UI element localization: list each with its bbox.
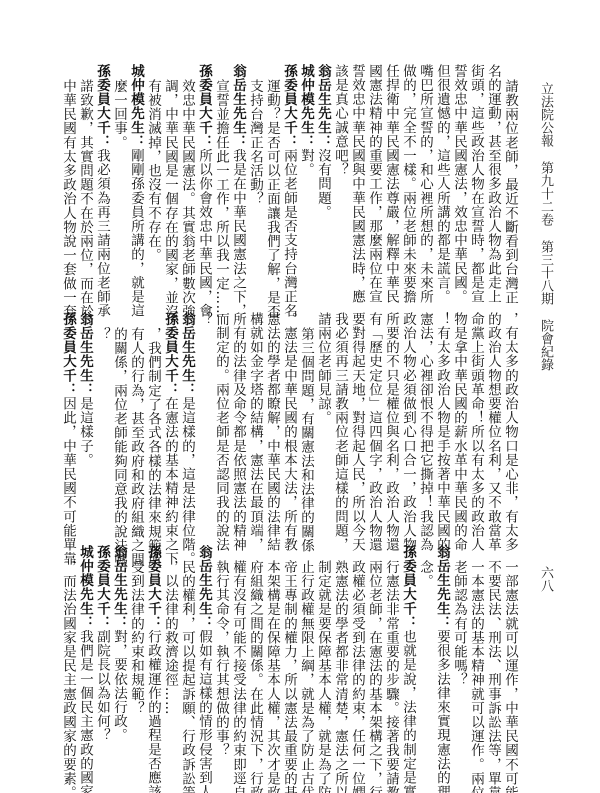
line-text: 剛剛孫委員所講的，就是這 — [128, 149, 144, 318]
speaker-line: 翁岳生先生：我是在中華民國憲法之下， — [229, 64, 246, 296]
line-text: 也就是說，法律的制定是實 — [400, 630, 416, 793]
running-header: 立法院公報第九十二卷第三十八期院會紀錄 — [538, 82, 552, 371]
text-line: ？ — [93, 312, 110, 544]
line-text: 政權必須受到法律的約束，任何一位嫻 — [349, 560, 365, 793]
line-text: 我們是一個民主憲政的國家 — [77, 630, 93, 793]
text-line: 中華民國有太多政治人物說一套做一套 — [59, 64, 76, 296]
text-line: 請教兩位老師，最近不斷看到台灣正 — [501, 64, 518, 296]
speaker-line: 孫委員大千：因此，中華民國不可能單靠 — [59, 312, 76, 544]
speaker-line: 翁岳生先生：是這樣的，這是法律位階。 — [178, 312, 195, 544]
speaker-line: 翁岳生先生：沒有問題。 — [314, 64, 331, 296]
speaker-name: 翁岳生先生： — [196, 545, 212, 630]
line-text: 政治人物必須做到心口合一，政治人物 — [400, 312, 416, 552]
text-line: 誓效忠中華民國憲法，效忠中華民國。 — [450, 64, 467, 296]
line-text: 執行其命令，執行其想做的事？ — [213, 560, 229, 757]
volume-label: 第九十二卷 — [538, 161, 553, 226]
text-line: ，而法治國家是民主憲政國家的要素。 — [59, 545, 76, 777]
line-text: 街頭，這些政治人物在宣誓時，都是宣 — [468, 64, 484, 304]
speaker-name: 孫委員大千： — [94, 545, 110, 630]
text-line: 構就如金字塔的結構，憲法在最頂端， — [246, 312, 263, 544]
speaker-name: 孫委員大千： — [60, 312, 76, 397]
line-text: 任捍衛中華民國憲法尊嚴，解釋中華民 — [383, 64, 399, 304]
text-line: 止行政權無限上綱，就是為了防止古代 — [297, 545, 314, 777]
speaker-line: 城仲模先生：剛剛孫委員所講的，就是這 — [127, 64, 144, 296]
line-text: 憲法，心裡卻恨不得把它撕掉！我認為 — [417, 312, 433, 552]
text-line: 支持台灣正名活動？ — [246, 64, 263, 296]
text-line: 憲法的學者都瞭解，中華民國的法律結 — [263, 312, 280, 544]
line-text: 念。 — [417, 560, 433, 588]
line-text: 憲法的學者都瞭解，中華民國的法律結 — [264, 312, 280, 552]
line-text: ，我們制定了各式各樣的法律來規範所 — [145, 327, 161, 567]
line-text: ，有太多的政治人物口是心非，有太多 — [502, 312, 518, 552]
speaker-line: 翁岳生先生：是這樣子。 — [76, 312, 93, 544]
text-line: 效忠中華民國憲法。其實翁老師數次強 — [178, 64, 195, 296]
text-line: 我必須再三請教兩位老師這樣的問題， — [331, 312, 348, 544]
line-text: 是這樣子。 — [77, 397, 93, 468]
issue-label: 第三十八期 — [538, 240, 553, 305]
text-line: 麼一回事。 — [110, 64, 127, 296]
line-text: 有人的行為，甚至政府和政府組織之間 — [128, 327, 144, 567]
text-line: 老師認為有可能嗎？ — [450, 545, 467, 777]
line-text: 國憲法精神的重要工作，那麼兩位在宣 — [366, 64, 382, 304]
line-text: 誓效忠中華民國與中華民國憲法時，應 — [349, 64, 365, 304]
line-text: 一本憲法的基本精神就可以運作。兩位 — [468, 560, 484, 793]
text-line: 任捍衛中華民國憲法尊嚴，解釋中華民 — [382, 64, 399, 296]
gazette-page: 立法院公報第九十二卷第三十八期院會紀錄 六八 請教兩位老師，最近不斷看到台灣正名… — [0, 0, 600, 793]
text-line: 念。 — [416, 545, 433, 777]
text-tier-top: 請教兩位老師，最近不斷看到台灣正名的運動，甚至很多政治人物為此走上街頭，這些政治… — [59, 64, 518, 296]
text-line: ，以法律的救濟途徑…… — [161, 545, 178, 777]
line-text: 第三個問題，有關憲法和法律的關係 — [298, 327, 314, 553]
line-text: 熟憲法的學者都非常清楚，憲法之所以 — [332, 560, 348, 793]
text-line: 本架構是在保障基本人權，其次才是政 — [263, 545, 280, 777]
text-line: 有被消滅掉，也沒有不存在。 — [144, 64, 161, 296]
text-line: 街頭，這些政治人物在宣誓時，都是宣 — [467, 64, 484, 296]
speaker-line: 孫委員大千：在憲法的基本精神約束之下 — [161, 312, 178, 544]
text-line: 誓效忠中華民國與中華民國憲法時，應 — [348, 64, 365, 296]
line-text: 本架構是在保障基本人權，其次才是政 — [264, 560, 280, 793]
line-text: 中華民國有太多政治人物說一套做一套 — [60, 79, 76, 319]
line-text: 嘴巴所宣誓的，和心裡所想的，未來所 — [417, 64, 433, 304]
line-text: 所有的法律及命令都是依照憲法的精神 — [230, 312, 246, 552]
line-text: 假如有這樣的情形侵害到人 — [196, 630, 212, 793]
text-line: 有人的行為，甚至政府和政府組織之間 — [127, 312, 144, 544]
text-line: 所要的不只是權位與名利，政治人物還 — [382, 312, 399, 544]
publication-title: 立法院公報 — [538, 82, 553, 147]
speaker-name: 孫委員大千： — [145, 545, 161, 630]
line-text: 民的權利，可以提起訴願、行政訴訟等 — [179, 560, 195, 793]
speaker-name: 翁岳生先生： — [179, 312, 195, 397]
line-text: 構就如金字塔的結構，憲法在最頂端， — [247, 312, 263, 552]
speaker-line: 城仲模先生：我們是一個民主憲政的國家 — [76, 545, 93, 777]
line-text: 對，要依法行政。 — [111, 630, 127, 743]
line-text: 宣誓並擔任此一工作，所以我一定…… — [213, 79, 229, 319]
line-text: 物是拿中華民國的薪水革中華民國的命 — [451, 312, 467, 552]
text-line: ，有太多的政治人物口是心非，有太多 — [501, 312, 518, 544]
line-text: 而制定的。兩位老師是否認同我的說法 — [213, 312, 229, 552]
line-text: 有「歷史定位」這四個字，政治人物還 — [366, 312, 382, 552]
speaker-line: 孫委員大千：所以你會效忠中華民國，會 — [195, 64, 212, 296]
speaker-name: 孫委員大千： — [196, 64, 212, 149]
text-line: 憲法，心裡卻恨不得把它撕掉！我認為 — [416, 312, 433, 544]
line-text: 所要的不只是權位與名利，政治人物還 — [383, 312, 399, 552]
line-text: ？ — [196, 312, 212, 326]
line-text: 命黨上街頭革命！所以有太多的政治人 — [468, 312, 484, 552]
speaker-name: 翁岳生先生： — [434, 545, 450, 630]
text-line: 宣誓並擔任此一工作，所以我一定…… — [212, 64, 229, 296]
text-tier-middle: ，有太多的政治人物口是心非，有太多的政治人物想要權位名利，又不敢當革命黨上街頭革… — [59, 312, 518, 544]
text-line: 行憲法非常重要的步驟。接著我要請教 — [382, 545, 399, 777]
speaker-line: 翁岳生先生：要很多法律來實現憲法的理 — [433, 545, 450, 777]
text-line: 而制定的。兩位老師是否認同我的說法 — [212, 312, 229, 544]
speaker-name: 城仲模先生： — [77, 545, 93, 630]
text-line: 要對得起天地，對得起人民，所以今天 — [348, 312, 365, 544]
line-text: 該是真心誠意吧？ — [332, 64, 348, 177]
line-text: 在憲法的基本精神約束之下 — [162, 397, 178, 566]
line-text: 受到法律的約束和規範？ — [128, 560, 144, 715]
line-text: 名的運動，甚至很多政治人物為此走上 — [485, 64, 501, 304]
line-text: ，以法律的救濟途徑…… — [162, 560, 178, 715]
line-text: ！有太多政治人物是手按著中華民國的 — [434, 312, 450, 552]
text-line: 不要民法、刑法、刑事訴訟法等，單靠 — [484, 545, 501, 777]
line-text: 運動？是否可以正面讓我們了解，是否 — [264, 79, 280, 319]
text-line: 熟憲法的學者都非常清楚，憲法之所以 — [331, 545, 348, 777]
speaker-line: 孫委員大千：我必須為再三請兩位老師承 — [93, 64, 110, 296]
text-line: 民的權利，可以提起訴願、行政訴訟等 — [178, 545, 195, 777]
line-text: ，而法治國家是民主憲政國家的要素。 — [60, 560, 76, 793]
speaker-name: 翁岳生先生： — [111, 545, 127, 630]
line-text: 的關係，兩位老師能夠同意我的說法嗎 — [111, 327, 127, 567]
line-text: 請教兩位老師，最近不斷看到台灣正 — [502, 79, 518, 305]
text-line: 但很遺憾的，這些人所講的都是謊言。 — [433, 64, 450, 296]
text-line: 請兩位老師見諒。 — [314, 312, 331, 544]
line-text: 但很遺憾的，這些人所講的都是謊言。 — [434, 64, 450, 304]
line-text: 要很多法律來實現憲法的理 — [434, 630, 450, 793]
line-text: 一部憲法就可以運作，中華民國不可能 — [502, 560, 518, 793]
line-text: 老師認為有可能嗎？ — [451, 560, 467, 687]
line-text: 帝王專制的權力，所以憲法最重要的基 — [281, 560, 297, 793]
text-line: 。憲法是中華民國的根本大法，所有教 — [280, 312, 297, 544]
text-line: 帝王專制的權力，所以憲法最重要的基 — [280, 545, 297, 777]
line-text: 我必須為再三請兩位老師承 — [94, 149, 110, 318]
speaker-name: 孫委員大千： — [162, 312, 178, 397]
text-tier-bottom: 一部憲法就可以運作，中華民國不可能不要民法、刑法、刑事訴訟法等，單靠一本憲法的基… — [59, 545, 518, 777]
page-number: 六八 — [538, 566, 552, 592]
text-line: 一部憲法就可以運作，中華民國不可能 — [501, 545, 518, 777]
speaker-name: 翁岳生先生： — [77, 312, 93, 397]
line-text: 做的，完全不一樣。兩位老師未來要擔 — [400, 64, 416, 304]
text-line: 做的，完全不一樣。兩位老師未來要擔 — [399, 64, 416, 296]
text-line: 國憲法精神的重要工作，那麼兩位在宣 — [365, 64, 382, 296]
line-text: 我是在中華民國憲法之下， — [230, 149, 246, 318]
line-text: 制定就是要保障基本人權，就是為了防 — [315, 560, 331, 793]
text-line: 的關係，兩位老師能夠同意我的說法嗎 — [110, 312, 127, 544]
line-text: 效忠中華民國憲法。其實翁老師數次強 — [179, 79, 195, 319]
text-line: 受到法律的約束和規範？ — [127, 545, 144, 777]
text-line: 調，中華民國是一個存在的國家，並沒 — [161, 64, 178, 296]
text-line: 的政治人物想要權位名利，又不敢當革 — [484, 312, 501, 544]
line-text: 行政權運作的過程是否應該 — [145, 630, 161, 793]
line-text: 支持台灣正名活動？ — [247, 79, 263, 206]
line-text: 所以你會效忠中華民國，會 — [196, 149, 212, 318]
speaker-name: 孫委員大千： — [281, 64, 297, 149]
text-line: 權有沒有可能不接受法律的約束即逕自 — [229, 545, 246, 777]
speaker-name: 翁岳生先生： — [315, 64, 331, 149]
line-text: 的政治人物想要權位名利，又不敢當革 — [485, 312, 501, 552]
speaker-line: 孫委員大千：兩位老師是否支持台灣正名 — [280, 64, 297, 296]
line-text: 行憲法非常重要的步驟。接著我要請教 — [383, 560, 399, 793]
line-text: 諾致歉，其實問題不在於兩位，而在於 — [77, 79, 93, 319]
text-line: ！有太多政治人物是手按著中華民國的 — [433, 312, 450, 544]
text-line: 運動？是否可以正面讓我們了解，是否 — [263, 64, 280, 296]
text-line: ，我們制定了各式各樣的法律來規範所 — [144, 312, 161, 544]
text-line: 名的運動，甚至很多政治人物為此走上 — [484, 64, 501, 296]
text-line: 該是真心誠意吧？ — [331, 64, 348, 296]
line-text: 有被消滅掉，也沒有不存在。 — [145, 79, 161, 262]
line-text: 沒有問題。 — [315, 149, 331, 220]
text-line: 物是拿中華民國的薪水革中華民國的命 — [450, 312, 467, 544]
text-line: 政權必須受到法律的約束，任何一位嫻 — [348, 545, 365, 777]
line-text: 請兩位老師見諒。 — [315, 312, 331, 425]
text-line: 諾致歉，其實問題不在於兩位，而在於 — [76, 64, 93, 296]
line-text: 權有沒有可能不接受法律的約束即逕自 — [230, 560, 246, 793]
speaker-name: 孫委員大千： — [94, 64, 110, 149]
line-text: 是這樣的，這是法律位階。 — [179, 397, 195, 566]
speaker-name: 翁岳生先生： — [230, 64, 246, 149]
text-line: 制定就是要保障基本人權，就是為了防 — [314, 545, 331, 777]
line-text: 誓效忠中華民國憲法，效忠中華民國。 — [451, 64, 467, 304]
speaker-line: 孫委員大千：行政權運作的過程是否應該 — [144, 545, 161, 777]
speaker-line: 孫委員大千：也就是說，法律的制定是實 — [399, 545, 416, 777]
text-line: 命黨上街頭革命！所以有太多的政治人 — [467, 312, 484, 544]
speaker-name: 孫委員大千： — [400, 545, 416, 630]
text-line: 一本憲法的基本精神就可以運作。兩位 — [467, 545, 484, 777]
line-text: 兩位老師，在憲法的基本架構之下，行 — [366, 560, 382, 793]
line-text: 兩位老師是否支持台灣正名 — [281, 149, 297, 318]
text-line: 有「歷史定位」這四個字，政治人物還 — [365, 312, 382, 544]
line-text: 。憲法是中華民國的根本大法，所有教 — [281, 312, 297, 552]
line-text: 調，中華民國是一個存在的國家，並沒 — [162, 79, 178, 319]
speaker-line: 翁岳生先生：對，要依法行政。 — [110, 545, 127, 777]
text-line: 第三個問題，有關憲法和法律的關係 — [297, 312, 314, 544]
speaker-line: 城仲模先生：對。 — [297, 64, 314, 296]
line-text: ？ — [94, 327, 110, 341]
line-text: 府組織之間的關係。在此情況下，行政 — [247, 560, 263, 793]
text-line: 執行其命令，執行其想做的事？ — [212, 545, 229, 777]
text-line: ？ — [195, 312, 212, 544]
speaker-line: 翁岳生先生：假如有這樣的情形侵害到人 — [195, 545, 212, 777]
text-line: 兩位老師，在憲法的基本架構之下，行 — [365, 545, 382, 777]
text-line: 所有的法律及命令都是依照憲法的精神 — [229, 312, 246, 544]
line-text: 因此，中華民國不可能單靠 — [60, 397, 76, 566]
text-line: 府組織之間的關係。在此情況下，行政 — [246, 545, 263, 777]
speaker-line: 孫委員大千：副院長以為如何？ — [93, 545, 110, 777]
text-line: 政治人物必須做到心口合一，政治人物 — [399, 312, 416, 544]
line-text: 我必須再三請教兩位老師這樣的問題， — [332, 312, 348, 552]
line-text: 麼一回事。 — [111, 79, 127, 150]
speaker-name: 城仲模先生： — [298, 64, 314, 149]
line-text: 對。 — [298, 149, 314, 177]
line-text: 要對得起天地，對得起人民，所以今天 — [349, 312, 365, 552]
line-text: 不要民法、刑法、刑事訴訟法等，單靠 — [485, 560, 501, 793]
section-label: 院會紀錄 — [538, 319, 553, 371]
text-line: 嘴巴所宣誓的，和心裡所想的，未來所 — [416, 64, 433, 296]
line-text: 副院長以為如何？ — [94, 630, 110, 743]
line-text: 止行政權無限上綱，就是為了防止古代 — [298, 560, 314, 793]
speaker-name: 城仲模先生： — [128, 64, 144, 149]
